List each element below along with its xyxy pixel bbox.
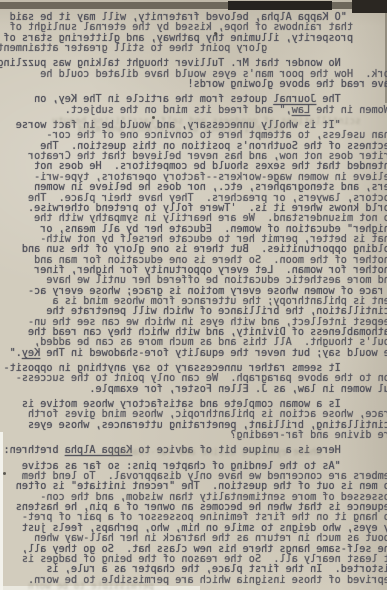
text-line: to hang it on the first feminine possess… [0,513,387,523]
smudge-line: permissible to be worn [28,581,154,590]
smudge-line: the brilliance of utterance and mind [78,124,284,135]
text-line: deepest intellect, and with eyes in whic… [0,318,387,328]
text-line: have read the above glowing words! [0,80,387,90]
text-line: work. How the poor man's eyes would have… [0,70,387,80]
text-line: are divine and far-reading? [0,431,387,441]
paragraph: No wonder that Mr. Tulliver thought talk… [0,59,387,90]
paragraph: Is a woman complete and satisfactory who… [0,400,387,441]
text-line: doctors, lawyers, or preachers. They hav… [0,194,387,204]
text-line: glory point thee to still greater attain… [0,44,387,54]
text-line: possessed of more sentimentality than wi… [0,493,387,503]
paragraph: "O Kappa Alpha, beloved fraternity, will… [0,13,387,54]
text-line: and more aesthetic education be offered … [0,276,387,286]
ink-speck [3,472,6,475]
text-line: grace, whose action is philanthropic, wh… [0,410,387,420]
text-line: writer does not now, and has never belie… [0,152,387,162]
text-line: soul's thought. All this and as much mor… [0,338,387,348]
text-line: distorted. In the first place, the chapt… [0,565,387,575]
text-line: members are concerned we have only disap… [0,472,387,482]
text-line: ful women in law, as J. Ellen Foster, fo… [0,385,387,395]
text-line: holding opportunities. But there is one … [0,245,387,255]
text-line: we would say; but never the equality for… [0,349,387,359]
paragraph: It seems rather unnecessary to say anyth… [0,364,387,395]
text-line: another of the moon. So there is one edu… [0,256,387,266]
text-line: at least nearly all. So the reason of th… [0,555,387,565]
paragraph: "It is wholly unnecessary, and would be … [0,121,387,359]
ink-speck [152,116,155,119]
text-line: cent is philanthropy; the utterance from… [0,297,387,307]
mirrored-typewritten-text: "O Kappa Alpha, beloved fraternity, will… [0,13,387,590]
scan-edge-top-dark-band [228,1,332,10]
text-line: ters, and stenographers, etc., nor does … [0,183,387,193]
ink-speck [214,32,217,35]
text-line: believe in women wage-workers--factory o… [0,173,387,183]
smudge-line: whose eyes are divine and far-reading [110,447,322,458]
text-line: what is better, permit her to educate he… [0,235,387,245]
text-line: about as much in return as the hatrack i… [0,534,387,544]
text-line: "Women in the Law," and freed its mind o… [0,106,387,116]
text-line: Do not misunderstand. We are heartily in… [0,214,387,224]
paragraph: "As to the lending of chapter pins: so f… [0,462,387,586]
text-line: ion to the above paragraph. We can only … [0,374,387,384]
paragraph: The Journal quotes from the article in T… [0,95,387,116]
text-line: that rainbows of hope, kissed by the ete… [0,23,387,33]
scanned-page: "O Kappa Alpha, beloved fraternity, will… [0,0,387,590]
